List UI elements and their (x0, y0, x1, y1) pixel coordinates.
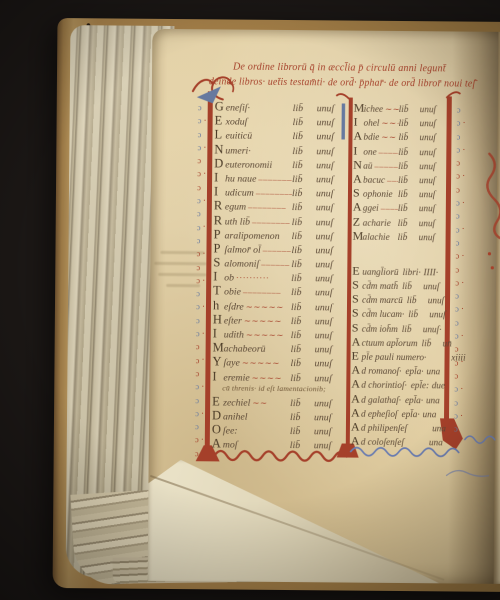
ornament-dot: · (201, 347, 204, 374)
canon-entry: Exoduſlib̄unuſ (215, 114, 347, 129)
canon-entry: Sophonielib̄unuſ (353, 186, 445, 201)
entry-name: zechiel (223, 397, 250, 408)
entry-initial: S (352, 306, 362, 321)
entry-name: aralipomenon (225, 230, 280, 241)
entry-count-word: unuſ (315, 245, 345, 256)
scallop-curl: ɔ (456, 157, 460, 170)
entry-book-word: lib̄ (398, 217, 419, 227)
scallop-curl: ɔ (198, 115, 202, 128)
entry-initial: S (353, 186, 363, 201)
entry-count-word: unuſ (315, 259, 345, 270)
entry-initial: G (215, 99, 226, 114)
canon-entry: Iudith∼∼∼∼∼lib̄unuſ (213, 326, 345, 341)
entry-book-word: lib̄ (398, 232, 419, 242)
entry-count-word: unuſ (316, 146, 346, 157)
entry-book-word: libri· (402, 267, 423, 277)
entry-count-word: unuſ (428, 295, 454, 305)
entry-book-word: lib̄ (402, 324, 423, 334)
entry-count-word: unuſ (419, 147, 445, 157)
canon-entry: Ieremie∼∼∼∼lib̄unuſ (212, 369, 344, 384)
entry-name: ggei (363, 203, 379, 213)
entry-initial: A (351, 391, 361, 406)
scallop-curl: ɔ (196, 261, 200, 274)
entry-count-word: unuſ (419, 218, 445, 228)
entry-initial: E (215, 114, 226, 129)
entry-count-word: unuſ (316, 217, 346, 228)
entry-leader: ∼∼∼ (379, 118, 398, 129)
scallop-curl: ɔ (456, 197, 460, 210)
entry-leader: –––––––– (246, 202, 292, 212)
canon-entry: Ad galathaſ·epl̄a·una (351, 391, 443, 406)
scallop-curl: ɔ (197, 194, 201, 207)
entry-initial: I (214, 170, 225, 185)
scallop-curl: ɔ (456, 236, 460, 249)
entry-leader: –––––– (261, 245, 292, 255)
scallop-curl: ɔ (197, 181, 201, 194)
scallop-curl: ɔ (198, 128, 202, 141)
canon-entry: Ezechiel∼∼lib̄unuſ (212, 394, 344, 409)
scallop-curl: ɔ (195, 407, 199, 420)
entry-name: one (363, 146, 376, 156)
entry-count-word: unuſ (314, 373, 344, 384)
entry-name: cd̄m marcū (362, 295, 403, 305)
entry-initial: O (212, 422, 223, 437)
entry-initial: I (354, 115, 364, 130)
entry-leader: ∼∼∼∼∼ (244, 301, 291, 312)
ornament-dot: · (201, 373, 204, 400)
entry-initial: I (214, 184, 225, 199)
canon-entry: Ihu naue––––––––lib̄unuſ (214, 170, 346, 185)
ornament-dot: · (202, 320, 205, 347)
entry-name: anihel (223, 411, 248, 422)
entry-name: d chorintioſ· (361, 380, 407, 390)
entry-name: bacuc (363, 175, 385, 185)
entry-leader: ∼∼ (250, 397, 290, 408)
canon-entry: Ad chorintioſ·epl̄e:due (351, 377, 443, 392)
entry-book-word: epl̄a· (405, 366, 426, 376)
entry-name: ctuum apl̄orum (362, 337, 418, 347)
ornament-dot: · (462, 163, 465, 190)
scallop-curl: ɔ (457, 130, 461, 143)
canon-entry: Naū––––––lib̄unuſ (353, 157, 445, 172)
manuscript-page: De ordine librorū q̄ in æccl̄ia p̄ circu… (148, 29, 500, 584)
entry-initial: A (353, 129, 363, 144)
entry-name: cd̄m math̄ (362, 281, 398, 291)
entry-count-word: IIII· (423, 267, 449, 277)
scallop-curl: ɔ (196, 341, 200, 354)
entry-count-word: unuſ (316, 231, 346, 242)
entry-initial: S (352, 320, 362, 335)
entry-book-word: lib̄ (290, 412, 314, 423)
ornament-dot: · (201, 426, 204, 453)
entry-count-word: unuſ (429, 310, 455, 320)
scallop-curl: ɔ (456, 183, 460, 196)
entry-count-word: unuſ (419, 203, 445, 213)
canon-entry: Leuiticūlib̄unuſ (214, 128, 346, 143)
scallop-curl: ɔ (455, 250, 459, 263)
entry-book-word: lib̄ (407, 295, 428, 305)
entry-leader: ∼∼∼∼∼ (240, 358, 291, 369)
scallop-curl: ɔ (197, 168, 201, 181)
entry-name: cd̄m lucam· (362, 309, 404, 319)
entry-book-word: lib̄ (290, 373, 314, 384)
canon-entry: Ad coloſenſeſuna (351, 434, 443, 449)
ornament-dot: · (461, 242, 464, 269)
entry-book-word: lib̄ (293, 103, 317, 114)
entry-book-word: lib̄ (290, 398, 314, 409)
entry-book-word: lib̄ (290, 440, 314, 451)
entry-count-word: unuſ (419, 161, 445, 171)
entry-book-word: lib̄ (402, 281, 423, 291)
rubric-heading-line2: deinde libros· uet̄is testam̄ti· de ord̄… (209, 76, 475, 89)
canon-entry: Aggei––––––lib̄unuſ (353, 200, 445, 215)
entry-count-word: unuſ (423, 281, 449, 291)
entry-leader: –––––– (377, 146, 399, 156)
scallop-curl: ɔ (195, 367, 199, 380)
entry-count-word: unuſ (316, 174, 346, 185)
ornament-dot: · (203, 214, 206, 241)
entry-initial: Z (353, 214, 363, 229)
entry-count-word: unuſ (316, 132, 346, 143)
scallop-curl: ɔ (454, 409, 458, 422)
entry-book-word: lib̄ (291, 259, 315, 270)
scallop-curl: ɔ (196, 287, 200, 300)
entry-leader: ∼∼∼∼∼ (244, 330, 291, 341)
entry-initial: S (352, 278, 362, 293)
scallop-curl: ɔ (455, 290, 459, 303)
scallop-curl: ɔ (195, 420, 199, 433)
entry-name: d romanoſ· (361, 366, 401, 376)
photo-backdrop: De ordine librorū q̄ in æccl̄ia p̄ circu… (0, 0, 500, 600)
entry-book-word: lib̄ (291, 302, 315, 313)
canon-entry: Geneſiſ·lib̄unuſ (215, 99, 347, 114)
entry-book-word: lib̄ (292, 146, 316, 157)
entry-book-word: lib̄ (292, 217, 316, 228)
canon-entry: Ione––––––lib̄unuſ (353, 143, 445, 158)
entry-initial: R (214, 213, 225, 228)
entry-initial: A (351, 377, 361, 392)
canon-entry: Ad philipenſeſuna (351, 420, 443, 435)
entry-leader: ∼∼∼ (383, 104, 399, 115)
canon-entry: Yſaye∼∼∼∼∼lib̄unuſ (212, 355, 344, 370)
entry-name: ſee: (223, 426, 238, 437)
entry-book-word: lib̄ (290, 426, 314, 437)
scallop-curl: ɔ (456, 223, 460, 236)
entry-book-word: lib̄ (292, 174, 316, 185)
scallop-curl: ɔ (455, 316, 459, 329)
canon-entry: Abacuc––––lib̄unuſ (353, 172, 445, 187)
canon-entry: Paralipomenonlib̄unuſ (214, 227, 346, 242)
canon-entry: Scd̄m math̄lib̄unuſ (352, 278, 444, 293)
entry-name: udith (224, 329, 244, 340)
canon-entry: Epl̄e pauli numero·xiiii (351, 349, 443, 364)
entry-book-word: lib̄ (291, 245, 315, 256)
entry-book-word: lib̄ (398, 175, 419, 185)
scallop-curl: ɔ (196, 301, 200, 314)
entry-book-word: lib̄ (292, 131, 316, 142)
canon-entry: Oſee:lib̄unuſ (212, 422, 344, 437)
entry-name: alomoniſ (224, 259, 259, 270)
entry-initial: P (213, 241, 224, 256)
entry-count-word: unuſ (314, 398, 344, 409)
entry-book-word: lib̄ (291, 316, 315, 327)
entry-book-word: lib̄ (422, 338, 443, 348)
entry-name: d epheſioſ (361, 408, 398, 418)
entry-initial: S (213, 255, 224, 270)
scallop-curl: ɔ (457, 117, 461, 130)
entry-count-word: unuſ (317, 117, 347, 128)
canon-entry: Malachielib̄unuſ (353, 228, 445, 243)
entry-leader: ∼∼∼∼ (250, 372, 291, 383)
canon-entry: Iudicum––––––––lib̄unuſ (214, 184, 346, 199)
entry-book-word: lib̄ (291, 344, 315, 355)
entry-name: xoduſ (226, 117, 248, 128)
entry-name: moſ (223, 440, 238, 451)
entry-name: uth lib̄ (225, 216, 250, 227)
entry-initial: S (352, 292, 362, 307)
entry-initial: L (214, 128, 225, 143)
entry-count-word: xiiii (451, 352, 477, 362)
entry-name: ob (224, 273, 234, 284)
entry-book-word: lib̄ (398, 132, 419, 142)
scallop-curl: ɔ (195, 380, 199, 393)
entry-book-word: lib̄ (293, 117, 317, 128)
entry-count-word: unuſ (315, 330, 345, 341)
entry-leader: –––––––– (241, 287, 291, 297)
entry-count-word: unuſ (314, 441, 344, 452)
entry-book-word: lib̄ (292, 188, 316, 199)
entry-name: ohel (364, 118, 380, 128)
canon-entry: Heſter∼∼∼∼∼lib̄unuſ (213, 312, 345, 327)
ornament-dot: · (461, 296, 464, 323)
canon-entry: Numeri·lib̄unuſ (214, 142, 346, 157)
entry-initial: M (213, 341, 224, 356)
entry-leader: –––– (385, 175, 398, 185)
entry-leader: –––––– (259, 259, 291, 269)
entry-initial: D (214, 156, 225, 171)
entry-count-word: una (426, 366, 452, 376)
entry-count-word: unuſ (314, 426, 344, 437)
entry-count-word: unuſ (419, 232, 445, 242)
entry-name: pl̄e pauli numero· (362, 352, 427, 363)
entry-name: ſaye (223, 358, 239, 369)
entry-initial: A (351, 420, 361, 435)
canon-column-old-testament: Geneſiſ·lib̄unuſExoduſlib̄unuſLeuiticūli… (212, 99, 347, 452)
entry-name: d philipenſeſ (361, 423, 407, 433)
entry-name: hu naue (225, 173, 256, 184)
canon-entry: Michee∼∼∼lib̄unuſ (354, 101, 446, 116)
ornament-dot: · (460, 375, 463, 402)
entry-initial: T (213, 284, 224, 299)
entry-initial: N (353, 157, 363, 172)
scallop-curl: ɔ (455, 276, 459, 289)
entry-initial: A (352, 334, 362, 349)
entry-leader: ·········· (234, 273, 291, 283)
entry-initial: M (353, 228, 363, 243)
book: De ordine librorū q̄ in æccl̄ia p̄ circu… (53, 18, 500, 592)
entry-initial: I (213, 270, 224, 285)
scallop-curl: ɔ (456, 210, 460, 223)
entry-initial: Y (212, 355, 223, 370)
entry-count-word: una (426, 395, 452, 405)
scallop-curl: ɔ (455, 263, 459, 276)
entry-count-word: unuſ (316, 160, 346, 171)
entry-book-word: lib̄ (290, 358, 314, 369)
entry-name: d coloſenſeſ (361, 437, 404, 447)
entry-name: obie (224, 287, 241, 298)
entry-name: euteronomii (225, 159, 272, 170)
entry-book-word: lib̄ (398, 161, 419, 171)
ornament-dot: · (203, 187, 206, 214)
canon-entry: Pſalmor̄ ol̄––––––lib̄unuſ (213, 241, 345, 256)
scallop-curl: ɔ (195, 394, 199, 407)
entry-name: ichee (364, 104, 383, 114)
section-gap (352, 242, 444, 264)
rubric-heading-line1: De ordine librorū q̄ in æccl̄ia p̄ circu… (233, 62, 446, 75)
canon-column-prophets-new-testament: Michee∼∼∼lib̄unuſIohel∼∼∼lib̄unuſAbdie∼∼… (351, 101, 446, 449)
scallop-curl: ɔ (196, 354, 200, 367)
entry-count-word: una (429, 437, 455, 447)
scallop-curl: ɔ (196, 247, 200, 260)
entry-leader: –––––––– (250, 216, 292, 226)
scallop-curl: ɔ (457, 103, 461, 116)
entry-book-word: lib̄ (398, 203, 419, 213)
scallop-curl: ɔ (197, 221, 201, 234)
entry-initial: E (352, 263, 362, 278)
entry-initial: N (214, 142, 225, 157)
canon-entry: Scd̄m marcūlib̄unuſ (352, 292, 444, 307)
entry-name: achabeorū (224, 344, 266, 355)
entry-initial: E (212, 394, 223, 409)
entry-initial: I (213, 326, 224, 341)
ornament-dot: · (202, 267, 205, 294)
entry-leader: ∼∼∼∼∼ (242, 315, 291, 326)
entry-count-word: un̄ (443, 338, 469, 348)
entry-initial: A (212, 437, 223, 452)
entry-count-word: unuſ (314, 412, 344, 423)
ornament-dot: · (202, 293, 205, 320)
entry-leader: ∼∼ (379, 132, 398, 143)
scallop-curl: ɔ (456, 170, 460, 183)
ornament-dot: · (203, 107, 206, 134)
entry-name: bdie (363, 132, 379, 142)
entry-initial: h (213, 298, 224, 313)
entry-book-word: lib̄ (398, 189, 419, 199)
entry-leader: –––––– (379, 203, 398, 213)
entry-initial: I (212, 369, 223, 384)
entry-book-word: lib̄ (291, 273, 315, 284)
entry-book-word: lib̄ (292, 202, 316, 213)
entry-name: aū (363, 160, 372, 170)
scallop-curl: ɔ (196, 314, 200, 327)
entry-book-word: lib̄ (399, 104, 420, 114)
scallop-curl: ɔ (197, 154, 201, 167)
entry-initial: E (351, 349, 361, 364)
entry-count-word: unuſ (315, 288, 345, 299)
canon-entry: Abdie∼∼lib̄unuſ (353, 129, 445, 144)
entry-name: acharie (363, 217, 391, 227)
ornament-dot: · (461, 269, 464, 296)
canon-entry: Iob··········lib̄unuſ (213, 270, 345, 285)
entry-count-word: unuſ (315, 316, 345, 327)
scallop-curl: ɔ (456, 143, 460, 156)
entry-book-word: epl̄a· (402, 409, 423, 419)
canon-entry: Amoſlib̄unuſ (212, 437, 344, 452)
entry-count-word: una (432, 423, 458, 433)
scallop-curl: ɔ (198, 101, 202, 114)
canon-entry: Deuteronomiilib̄unuſ (214, 156, 346, 171)
entry-name: d galathaſ· (361, 394, 401, 404)
entry-count-word: unuſ (419, 133, 445, 143)
canon-entry: Scd̄m ioh̄mlib̄unuſ· (352, 320, 444, 335)
entry-book-word: lib̄ (291, 287, 315, 298)
entry-book-word: lib̄ (292, 231, 316, 242)
canon-list: De ordine librorū q̄ in æccl̄ia p̄ circu… (203, 61, 479, 501)
entry-initial: I (353, 143, 363, 158)
ornament-dot: · (462, 189, 465, 216)
canon-entry: Salomoniſ––––––lib̄unuſ (213, 255, 345, 270)
entry-book-word: lib̄ (398, 147, 419, 157)
entry-count-word: unuſ (315, 302, 345, 313)
scallop-curl: ɔ (197, 208, 201, 221)
scallop-curl: ɔ (454, 396, 458, 409)
ornament-dot: · (202, 240, 205, 267)
canon-entry: Tobie––––––––lib̄unuſ (213, 284, 345, 299)
canon-entry: Machabeorūlib̄unuſ (213, 341, 345, 356)
scallop-curl: ɔ (197, 141, 201, 154)
entry-name: eneſiſ· (226, 102, 250, 113)
entry-leader: –––––––– (256, 174, 292, 184)
entry-count-word: unuſ (420, 118, 446, 128)
entry-initial: A (351, 434, 361, 449)
scallop-curl: ɔ (197, 234, 201, 247)
entry-count-word: unuſ (316, 188, 346, 199)
entry-count-word: una (423, 409, 449, 419)
entry-name: alachie (363, 231, 390, 241)
entry-name: cd̄m ioh̄m (362, 323, 398, 333)
entry-book-word: epl̄a· (405, 395, 426, 405)
canon-entry: Danihellib̄unuſ (212, 408, 344, 423)
entry-leader: –––––– (372, 160, 398, 170)
entry-book-word: lib̄ (399, 118, 420, 128)
ornament-dot: · (462, 216, 465, 243)
scallop-curl: ɔ (455, 303, 459, 316)
canon-entry: Ruth lib̄––––––––lib̄unuſ (214, 213, 346, 228)
entry-count-word: unuſ (317, 103, 347, 114)
entry-initial: M (354, 101, 364, 116)
entry-count-word: unuſ (315, 344, 345, 355)
entry-name: udicum (225, 188, 254, 199)
scallop-curl: ɔ (195, 447, 199, 460)
entry-count-word: unuſ (315, 274, 345, 285)
ornament-dot: · (462, 110, 465, 137)
entry-count-word: unuſ· (423, 324, 449, 334)
entry-name: ſalmor̄ ol̄ (224, 244, 260, 255)
entry-book-word: lib̄ (292, 160, 316, 171)
canon-entry: Ad romanoſ·epl̄a·una (351, 363, 443, 378)
entry-count-word: due (432, 381, 458, 391)
ornament-dot: · (203, 160, 206, 187)
entry-count-word: unuſ (419, 175, 445, 185)
entry-initial: A (351, 363, 361, 378)
entry-count-word: unuſ (419, 189, 445, 199)
canon-entry: Actuum apl̄orumlib̄un̄ (352, 334, 444, 349)
entry-name: eſter (224, 315, 242, 326)
canon-entry: Ad epheſioſepl̄a·una (351, 405, 443, 420)
entry-initial: H (213, 312, 224, 327)
entry-book-word: lib̄ (291, 330, 315, 341)
entry-name: euiticū (225, 131, 252, 142)
